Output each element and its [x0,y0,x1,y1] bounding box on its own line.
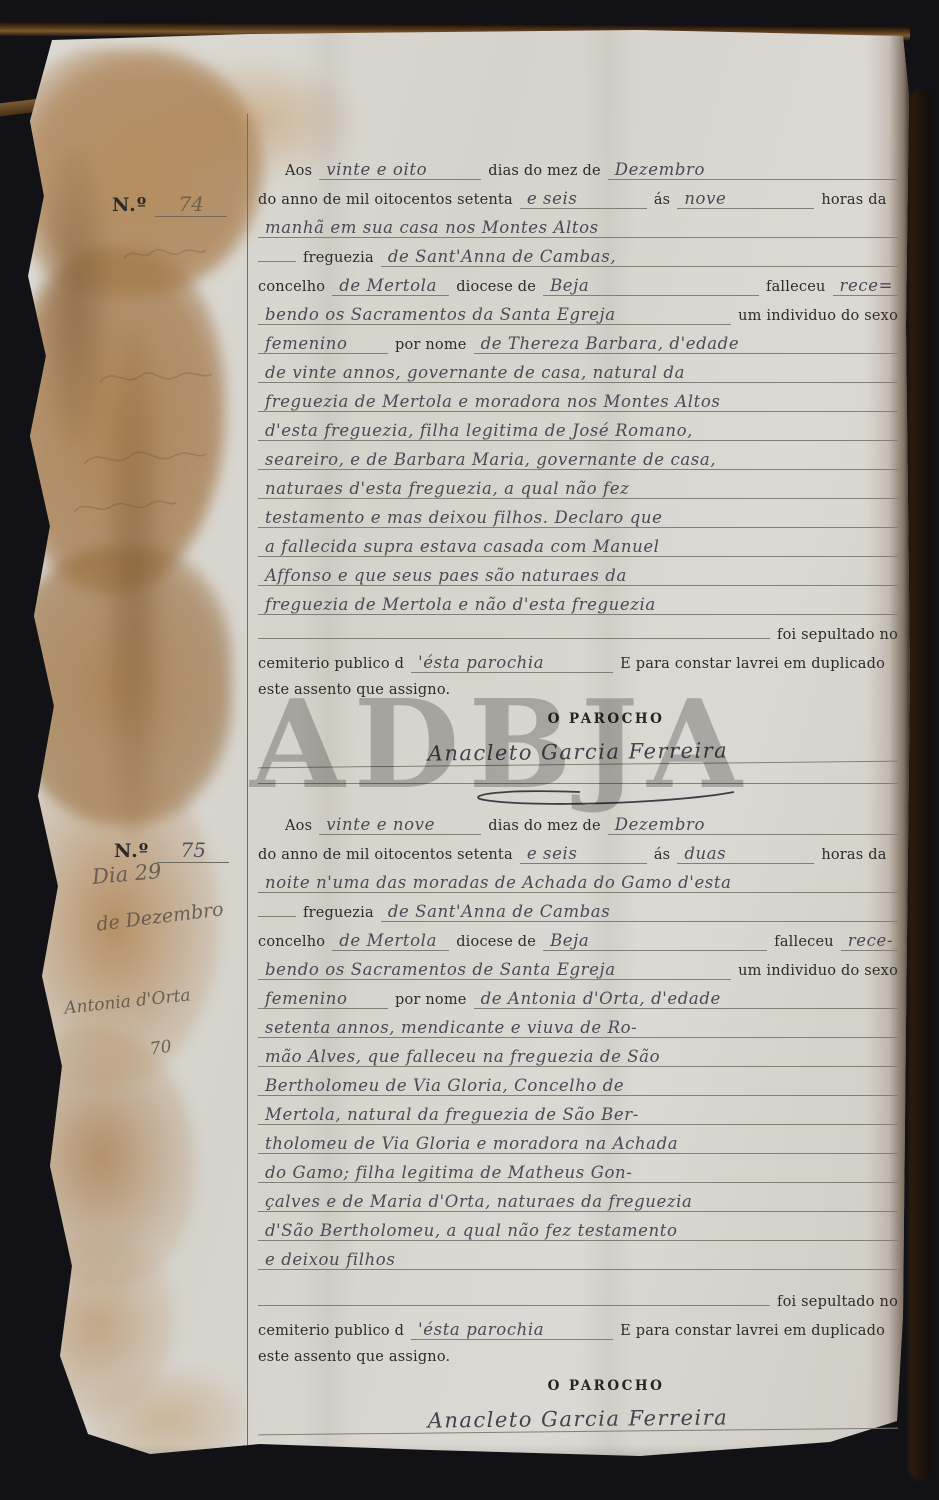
handwritten-entry: setenta annos, mendicante e viuva de Ro- [258,1018,898,1038]
handwritten-entry: do Gamo; filha legitima de Matheus Gon- [258,1163,898,1183]
faint-margin-writing [96,362,216,392]
handwritten-entry: Dezembro [608,160,898,180]
printed-form-text: E para constar lavrei em duplicado [620,1323,885,1339]
printed-form-text: freguezia [303,250,374,266]
form-line: bendo os Sacramentos da Santa Egrejaum i… [258,305,898,334]
form-line: d'esta freguezia, filha legitima de José… [258,421,898,450]
death-record-75: Aosvinte e novedias do mez deDezembrodo … [258,815,898,1436]
form-line: concelhode Mertoladiocese deBejafalleceu… [258,931,898,960]
handwritten-entry: Dezembro [608,815,898,835]
death-record-74: Aosvinte e oitodias do mez deDezembrodo … [258,160,898,798]
handwritten-entry: femenino [258,989,388,1009]
form-line: d'São Bertholomeu, a qual não fez testam… [258,1221,898,1250]
handwritten-entry: de Mertola [332,931,449,951]
printed-form-text: Aos [285,818,312,834]
printed-form-text: por nome [395,992,467,1008]
form-line: noite n'uma das moradas de Achada do Gam… [258,873,898,902]
form-line: foi sepultado no [258,1291,898,1320]
handwritten-entry: vinte e oito [319,160,481,180]
handwritten-entry: de vinte annos, governante de casa, natu… [258,363,898,383]
pen-flourish [470,786,740,808]
form-line: freguezia de Mertola e moradora nos Mont… [258,392,898,421]
form-line: Bertholomeu de Via Gloria, Concelho de [258,1076,898,1105]
handwritten-entry: e deixou filhos [258,1250,898,1270]
form-line: e deixou filhos [258,1250,898,1279]
handwritten-entry: freguezia de Mertola e não d'esta fregue… [258,595,898,615]
form-line: freguezia de Mertola e não d'esta fregue… [258,595,898,624]
handwritten-entry: freguezia de Mertola e moradora nos Mont… [258,392,898,412]
handwritten-entry: Beja [543,276,759,296]
printed-form-text: diocese de [456,279,536,295]
form-line: manhã em sua casa nos Montes Altos [258,218,898,247]
register-book-photo: N.º 74 N.º 75 Dia 29 de Dezembro Antonia… [0,0,939,1500]
blank-rule [258,624,770,639]
handwritten-entry: d'esta freguezia, filha legitima de José… [258,421,898,441]
form-line: çalves e de Maria d'Orta, naturaes da fr… [258,1192,898,1221]
blank-rule [258,769,898,784]
blank-rule [258,1291,770,1306]
record-number-74: N.º 74 [112,192,227,217]
form-line: testamento e mas deixou filhos. Declaro … [258,508,898,537]
handwritten-entry: Beja [543,931,767,951]
handwritten-entry: de Antonia d'Orta, d'edade [474,989,898,1009]
form-line: do Gamo; filha legitima de Matheus Gon- [258,1163,898,1192]
handwritten-entry: bendo os Sacramentos de Santa Egreja [258,960,731,980]
blank-rule [258,247,296,262]
parocho-heading: O PAROCHO [548,1378,665,1394]
printed-form-text: por nome [395,337,467,353]
form-line: naturaes d'esta freguezia, a qual não fe… [258,479,898,508]
form-line: Affonso e que seus paes são naturaes da [258,566,898,595]
form-line: femeninopor nomede Antonia d'Orta, d'eda… [258,989,898,1018]
margin-note-month: de Dezembro [95,898,225,935]
printed-form-text: este assento que assigno. [258,1349,450,1365]
handwritten-entry: Mertola, natural da freguezia de São Ber… [258,1105,898,1125]
form-line: tholomeu de Via Gloria e moradora na Ach… [258,1134,898,1163]
printed-form-text: E para constar lavrei em duplicado [620,656,885,672]
form-line: mão Alves, que falleceu na freguezia de … [258,1047,898,1076]
handwritten-entry: 'ésta parochia [411,1320,613,1340]
handwritten-entry: e seis [520,844,647,864]
form-line: fregueziade Sant'Anna de Cambas [258,902,898,931]
handwritten-entry: d'São Bertholomeu, a qual não fez testam… [258,1221,898,1241]
printed-form-text: do anno de mil oitocentos setenta [258,847,513,863]
printed-form-text: horas da [821,847,886,863]
handwritten-entry: Bertholomeu de Via Gloria, Concelho de [258,1076,898,1096]
record-number-value: 75 [157,838,229,863]
form-line: do anno de mil oitocentos setentae seisá… [258,844,898,873]
margin-note-age: 70 [149,1037,173,1060]
handwritten-entry: nove [677,189,814,209]
handwritten-entry: mão Alves, que falleceu na freguezia de … [258,1047,898,1067]
handwritten-entry: a fallecida supra estava casada com Manu… [258,537,898,557]
form-line: a fallecida supra estava casada com Manu… [258,537,898,566]
blank-rule [258,902,296,917]
handwritten-entry: 'ésta parochia [411,653,613,673]
handwritten-entry: rece- [841,931,898,951]
printed-form-text: falleceu [774,934,834,950]
handwritten-entry: de Thereza Barbara, d'edade [474,334,898,354]
handwritten-entry: de Mertola [332,276,449,296]
handwritten-entry: e seis [520,189,647,209]
printed-form-text: falleceu [766,279,826,295]
form-line: Aosvinte e oitodias do mez deDezembro [258,160,898,189]
handwritten-entry: seareiro, e de Barbara Maria, governante… [258,450,898,470]
form-line: cemiterio publico d'ésta parochiaE para … [258,1320,898,1349]
handwritten-entry: vinte e nove [319,815,481,835]
printed-form-text: cemiterio publico d [258,1323,404,1339]
priest-signature: Anacleto Garcia Ferreira [258,737,898,769]
printed-form-text: concelho [258,279,325,295]
printed-form-text: dias do mez de [488,818,600,834]
form-line: fregueziade Sant'Anna de Cambas, [258,247,898,276]
form-line: Aosvinte e novedias do mez deDezembro [258,815,898,844]
form-line: seareiro, e de Barbara Maria, governante… [258,450,898,479]
handwritten-entry: bendo os Sacramentos da Santa Egreja [258,305,731,325]
form-line: O PAROCHO [258,1378,898,1407]
printed-form-text: freguezia [303,905,374,921]
handwritten-entry: de Sant'Anna de Cambas [381,902,898,922]
priest-signature: Anacleto Garcia Ferreira [258,1404,898,1436]
handwritten-entry: manhã em sua casa nos Montes Altos [258,218,898,238]
faint-margin-writing [120,240,210,266]
printed-form-text: foi sepultado no [777,1294,898,1310]
form-line: do anno de mil oitocentos setentae seisá… [258,189,898,218]
handwritten-entry: femenino [258,334,388,354]
form-line: femeninopor nomede Thereza Barbara, d'ed… [258,334,898,363]
form-line: O PAROCHO [258,711,898,740]
printed-form-text: diocese de [456,934,536,950]
handwritten-entry: çalves e de Maria d'Orta, naturaes da fr… [258,1192,898,1212]
printed-form-text: do anno de mil oitocentos setenta [258,192,513,208]
margin-note-name: Antonia d'Orta [63,985,191,1018]
form-line: foi sepultado no [258,624,898,653]
printed-form-text: ás [654,847,671,863]
form-line: este assento que assigno. [258,1349,898,1378]
form-line: bendo os Sacramentos de Santa Egrejaum i… [258,960,898,989]
printed-form-text: este assento que assigno. [258,682,450,698]
handwritten-entry: duas [677,844,814,864]
form-line: Anacleto Garcia Ferreira [258,1407,898,1436]
form-line: Anacleto Garcia Ferreira [258,740,898,769]
margin-note-day: Dia 29 [91,859,162,889]
form-line: concelhode Mertoladiocese deBejafalleceu… [258,276,898,305]
parocho-heading: O PAROCHO [548,711,665,727]
handwritten-entry: de Sant'Anna de Cambas, [381,247,898,267]
record-number-label: N.º [114,840,149,862]
printed-form-text: cemiterio publico d [258,656,404,672]
handwritten-entry: noite n'uma das moradas de Achada do Gam… [258,873,898,893]
printed-form-text: horas da [821,192,886,208]
faint-margin-writing [70,492,180,522]
record-number-value: 74 [155,192,227,217]
printed-form-text: um individuo do sexo [738,963,898,979]
form-line [258,1279,898,1291]
form-line: Mertola, natural da freguezia de São Ber… [258,1105,898,1134]
handwritten-entry: naturaes d'esta freguezia, a qual não fe… [258,479,898,499]
record-number-label: N.º [112,194,147,216]
handwritten-entry: Affonso e que seus paes são naturaes da [258,566,898,586]
handwritten-entry: testamento e mas deixou filhos. Declaro … [258,508,898,528]
printed-form-text: dias do mez de [488,163,600,179]
printed-form-text: foi sepultado no [777,627,898,643]
printed-form-text: Aos [285,163,312,179]
printed-form-text: ás [654,192,671,208]
handwritten-entry: tholomeu de Via Gloria e moradora na Ach… [258,1134,898,1154]
handwritten-entry: rece= [833,276,898,296]
form-line: de vinte annos, governante de casa, natu… [258,363,898,392]
printed-form-text: um individuo do sexo [738,308,898,324]
form-line: setenta annos, mendicante e viuva de Ro- [258,1018,898,1047]
printed-form-text: concelho [258,934,325,950]
form-line: este assento que assigno. [258,682,898,711]
record-number-75: N.º 75 [114,838,229,863]
form-line: cemiterio publico d'ésta parochiaE para … [258,653,898,682]
faint-margin-writing [80,440,210,474]
